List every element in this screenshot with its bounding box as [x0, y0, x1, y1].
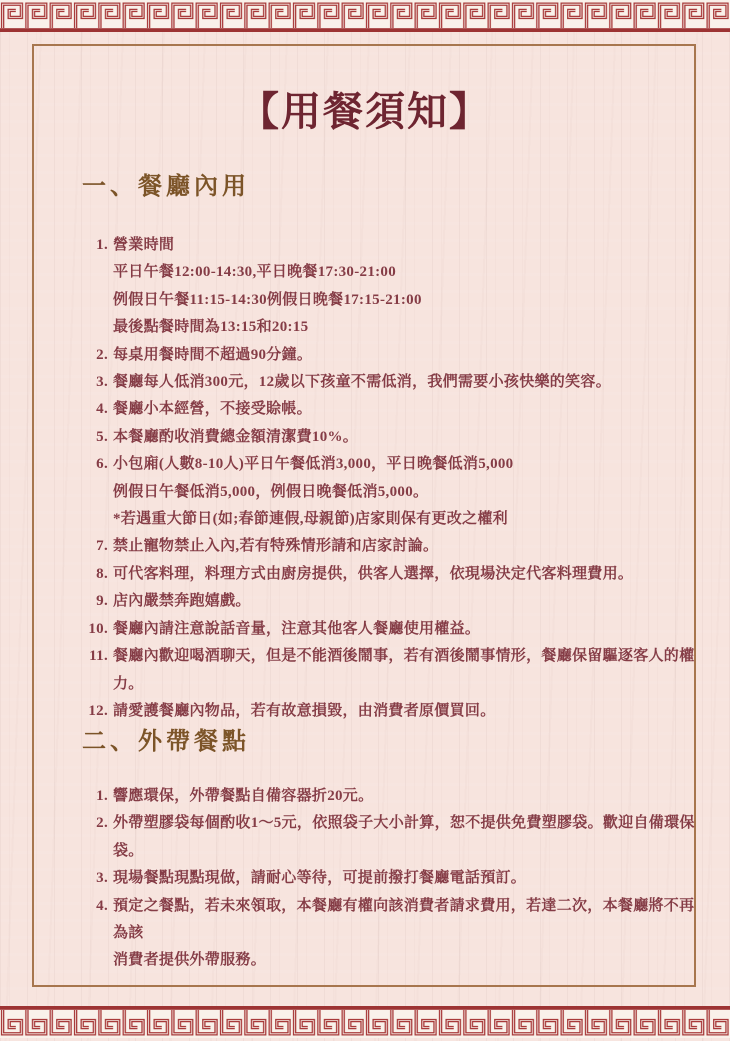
notice-line-number: 9. — [82, 588, 108, 615]
notice-line-text: 消費者提供外帶服務。 — [113, 947, 702, 974]
notice-line: *若遇重大節日(如;春節連假,母親節)店家則保有更改之權利 — [82, 506, 702, 533]
notice-line: 5. 本餐廳酌收消費總金額清潔費10%。 — [82, 424, 702, 451]
notice-line: 8. 可代客料理，料理方式由廚房提供，供客人選擇，依現場決定代客料理費用。 — [82, 561, 702, 588]
notice-line-number: 10. — [82, 616, 108, 643]
dine-in-notice-list: 1. 營業時間 平日午餐12:00-14:30,平日晚餐17:30-21:00 … — [82, 232, 702, 725]
notice-line: 平日午餐12:00-14:30,平日晚餐17:30-21:00 — [82, 259, 702, 286]
notice-line-text: 每桌用餐時間不超過90分鐘。 — [113, 342, 702, 369]
section-dine-in-heading: 一、餐廳內用 — [82, 172, 702, 202]
notice-line: 1. 營業時間 — [82, 232, 702, 259]
notice-line-number: 3. — [82, 369, 108, 396]
notice-line: 3. 餐廳每人低消300元，12歲以下孩童不需低消，我們需要小孩快樂的笑容。 — [82, 369, 702, 396]
notice-line: 1. 響應環保，外帶餐點自備容器折20元。 — [82, 783, 702, 810]
notice-line-number: 11. — [82, 643, 108, 670]
notice-line-text: 例假日午餐低消5,000，例假日晚餐低消5,000。 — [113, 479, 702, 506]
notice-line-text: 餐廳內請注意說話音量，注意其他客人餐廳使用權益。 — [113, 616, 702, 643]
notice-line-text: 禁止寵物禁止入內,若有特殊情形請和店家討論。 — [113, 533, 702, 560]
notice-line: 例假日午餐11:15-14:30例假日晚餐17:15-21:00 — [82, 287, 702, 314]
notice-line: 2. 外帶塑膠袋每個酌收1～5元，依照袋子大小計算，恕不提供免費塑膠袋。歡迎自備… — [82, 810, 702, 865]
notice-line-number: 1. — [82, 232, 108, 259]
greek-key-border-top — [0, 0, 730, 32]
notice-line: 4. 預定之餐點，若未來領取，本餐廳有權向該消費者請求費用，若達二次，本餐廳將不… — [82, 893, 702, 948]
notice-line: 消費者提供外帶服務。 — [82, 947, 702, 974]
notice-line-number: 6. — [82, 451, 108, 478]
notice-line: 10. 餐廳內請注意說話音量，注意其他客人餐廳使用權益。 — [82, 616, 702, 643]
section-takeout: 二、外帶餐點 1. 響應環保，外帶餐點自備容器折20元。 2. 外帶塑膠袋每個酌… — [82, 727, 702, 975]
notice-line-text: 餐廳小本經營，不接受賒帳。 — [113, 396, 702, 423]
notice-line-text: 預定之餐點，若未來領取，本餐廳有權向該消費者請求費用，若達二次，本餐廳將不再為該 — [113, 893, 702, 948]
notice-line-text: 營業時間 — [113, 232, 702, 259]
notice-line: 3. 現場餐點現點現做，請耐心等待，可提前撥打餐廳電話預訂。 — [82, 865, 702, 892]
notice-line-number: 5. — [82, 424, 108, 451]
notice-line-text: 本餐廳酌收消費總金額清潔費10%。 — [113, 424, 702, 451]
notice-line-text: 平日午餐12:00-14:30,平日晚餐17:30-21:00 — [113, 259, 702, 286]
notice-line-number: 4. — [82, 396, 108, 423]
notice-line-text: 可代客料理，料理方式由廚房提供，供客人選擇，依現場決定代客料理費用。 — [113, 561, 702, 588]
notice-line: 7. 禁止寵物禁止入內,若有特殊情形請和店家討論。 — [82, 533, 702, 560]
notice-line-number: 1. — [82, 783, 108, 810]
notice-line-number: 8. — [82, 561, 108, 588]
notice-line-number: 2. — [82, 810, 108, 837]
dining-notice-page: 【用餐須知】 一、餐廳內用 1. 營業時間 平日午餐12:00-14:30,平日… — [0, 0, 730, 1041]
notice-line: 11. 餐廳內歡迎喝酒聊天，但是不能酒後鬧事，若有酒後鬧事情形，餐廳保留驅逐客人… — [82, 643, 702, 698]
notice-line-text: 餐廳每人低消300元，12歲以下孩童不需低消，我們需要小孩快樂的笑容。 — [113, 369, 702, 396]
notice-line-text: *若遇重大節日(如;春節連假,母親節)店家則保有更改之權利 — [113, 506, 702, 533]
greek-key-pattern-svg — [0, 0, 730, 32]
notice-line-number: 2. — [82, 342, 108, 369]
notice-line-text: 店內嚴禁奔跑嬉戲。 — [113, 588, 702, 615]
notice-line-text: 最後點餐時間為13:15和20:15 — [113, 314, 702, 341]
section-dine-in: 一、餐廳內用 1. 營業時間 平日午餐12:00-14:30,平日晚餐17:30… — [82, 172, 702, 725]
notice-line-text: 餐廳內歡迎喝酒聊天，但是不能酒後鬧事，若有酒後鬧事情形，餐廳保留驅逐客人的權力。 — [113, 643, 702, 698]
notice-line: 例假日午餐低消5,000，例假日晚餐低消5,000。 — [82, 479, 702, 506]
notice-line-number: 4. — [82, 893, 108, 920]
notice-line-text: 例假日午餐11:15-14:30例假日晚餐17:15-21:00 — [113, 287, 702, 314]
notice-line-number: 12. — [82, 698, 108, 725]
notice-line-text: 外帶塑膠袋每個酌收1～5元，依照袋子大小計算，恕不提供免費塑膠袋。歡迎自備環保袋… — [113, 810, 702, 865]
notice-line: 12. 請愛護餐廳內物品，若有故意損毀，由消費者原價買回。 — [82, 698, 702, 725]
notice-line-number: 3. — [82, 865, 108, 892]
notice-line: 最後點餐時間為13:15和20:15 — [82, 314, 702, 341]
notice-line-number: 7. — [82, 533, 108, 560]
notice-line-text: 請愛護餐廳內物品，若有故意損毀，由消費者原價買回。 — [113, 698, 702, 725]
notice-line: 4. 餐廳小本經營，不接受賒帳。 — [82, 396, 702, 423]
notice-line: 6. 小包廂(人數8-10人)平日午餐低消3,000，平日晚餐低消5,000 — [82, 451, 702, 478]
notice-line-text: 響應環保，外帶餐點自備容器折20元。 — [113, 783, 702, 810]
takeout-notice-list: 1. 響應環保，外帶餐點自備容器折20元。 2. 外帶塑膠袋每個酌收1～5元，依… — [82, 783, 702, 975]
greek-key-border-bottom — [0, 1006, 730, 1038]
notice-line-text: 小包廂(人數8-10人)平日午餐低消3,000，平日晚餐低消5,000 — [113, 451, 702, 478]
page-title: 【用餐須知】 — [0, 80, 730, 137]
notice-line-text: 現場餐點現點現做，請耐心等待，可提前撥打餐廳電話預訂。 — [113, 865, 702, 892]
greek-key-pattern-svg — [0, 1006, 730, 1038]
notice-line: 9. 店內嚴禁奔跑嬉戲。 — [82, 588, 702, 615]
section-takeout-heading: 二、外帶餐點 — [82, 727, 702, 757]
notice-line: 2. 每桌用餐時間不超過90分鐘。 — [82, 342, 702, 369]
